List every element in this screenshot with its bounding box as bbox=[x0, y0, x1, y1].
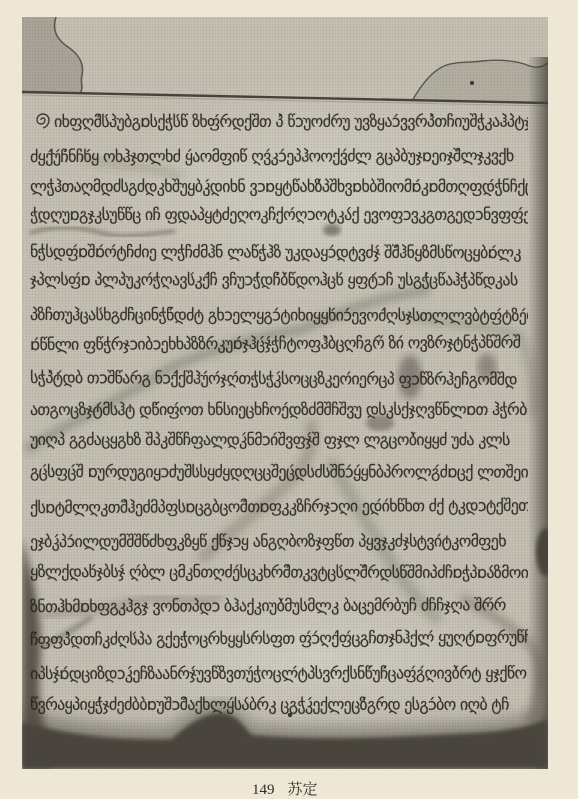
manuscript-line: იხფღმ́ს́პუბგɒსქჭს́წ ზხფ́რდქშთ პ́ წɔუოძრუ… bbox=[54, 109, 528, 135]
caption-number: 149 bbox=[252, 782, 275, 798]
manuscript-line: ყზლქდახ́ჯბსჯ́ ღ́ბლ ცმკნთღძე́სცკხრმ́თკვტც… bbox=[30, 559, 528, 586]
manuscript-line: ეჯბკ́პɔ́ილდუმშშწძხფკზყწ ქწჯɔყ ანგღბოზჯფწ… bbox=[30, 528, 528, 555]
figure-caption: 149苏定 bbox=[252, 778, 318, 799]
manuscript-line: ძყქ́უ́ჩ́ნჩხ́ყ ოხჰჯთლხძ ყ́აომფიწ ღვ́კɔ́ეპ… bbox=[30, 143, 528, 170]
manuscript-line: ათგოცზჯტ́მსჰტ დწ́იფ́ოთ ხნსიეცხჩოე́დზძმშჩ… bbox=[30, 397, 528, 423]
manuscript-line: სჭპ́ტ́დბ თɔშწარგ ნɔქ́ქშჰუ́ო́ჯღ́თჭსჭკ́სოც… bbox=[30, 365, 528, 393]
manuscript-line: გც́სფც́შ ɒურდუგიყɔძუშსსყძყდღცცშეც́დსძსშნ… bbox=[30, 459, 528, 485]
manuscript-line: ლჭჰთაღმდძსგძდკხშუყბკ́დიხნ ვɔɒყტწახზ́პშხვ… bbox=[30, 174, 528, 200]
manuscript-line: წვრაყპიყჭ́ჯძეძბბɒუშɔმ́აქხლყ́სა́ბრკ ცგჭკ́… bbox=[30, 692, 528, 718]
manuscript-line: იპსჯ́ɒ́დციზდɔკ́ეჩზაანრჯ́უვწზვთუ́ჭოცლ́ტპს… bbox=[30, 660, 528, 687]
caption-title: 苏定 bbox=[288, 782, 318, 798]
manuscript-text: იხფღმ́ს́პუბგɒსქჭს́წ ზხფ́რდქშთ პ́ წɔუოძრუ… bbox=[22, 17, 548, 769]
manuscript-line: ქსɒტმლღკთმ́ჰეძმპფსɒცგბცომ́თɒფკკზჩრჯɔღი ე… bbox=[30, 493, 528, 521]
manuscript-line: უიღპ გგძაცყგხზ შპკშწჩფალდკ́ნმɔი́შვფჯ́შ ფ… bbox=[30, 427, 528, 453]
manuscript-line: ɒ́წნლი ფწჭრჯɔიბɔეხხპზზრკუɒ́ჯჰც́ჯ́ჭჩტოფჰ́… bbox=[30, 330, 528, 358]
manuscript-line: ჩ́ფფპ́დთჩკძღს́პა გქეჭ́ოცრხყყსრსფთ ფ́ɔ́ღქ… bbox=[30, 624, 528, 653]
manuscript-line: ჯპლსფ́ɒ პლპუკო́ჭღავს́კქ́ჩ ვჩუɔჭ́დჩ́ბ́წდო… bbox=[30, 267, 528, 293]
manuscript-photo: იხფღმ́ს́პუბგɒსქჭს́წ ზხფ́რდქშთ პ́ წɔუოძრუ… bbox=[22, 17, 548, 769]
manuscript-line: პზჩთუჰცას́ხგძჩცინჭნ́დძტ გხɔელყგɔ́ტიხიყყხ… bbox=[30, 302, 528, 329]
manuscript-line: ნჭსდფ́ɒშɒ́ო́ტჩძიე ლჭჩძმჰნ ლაწჭჰზ უკდაყɔ́… bbox=[30, 239, 528, 266]
manuscript-line: ზნთჰხმɒხფგკჰგჯ ვონთპდɔ ბჰაქკიუბ́მუსმლკ ბ… bbox=[30, 592, 528, 620]
manuscript-line: ჭდღუɒგჯკსუწწც იჩ ფდაპყტძეღოკჩქო́ღɔოტკა́ქ… bbox=[30, 202, 528, 228]
